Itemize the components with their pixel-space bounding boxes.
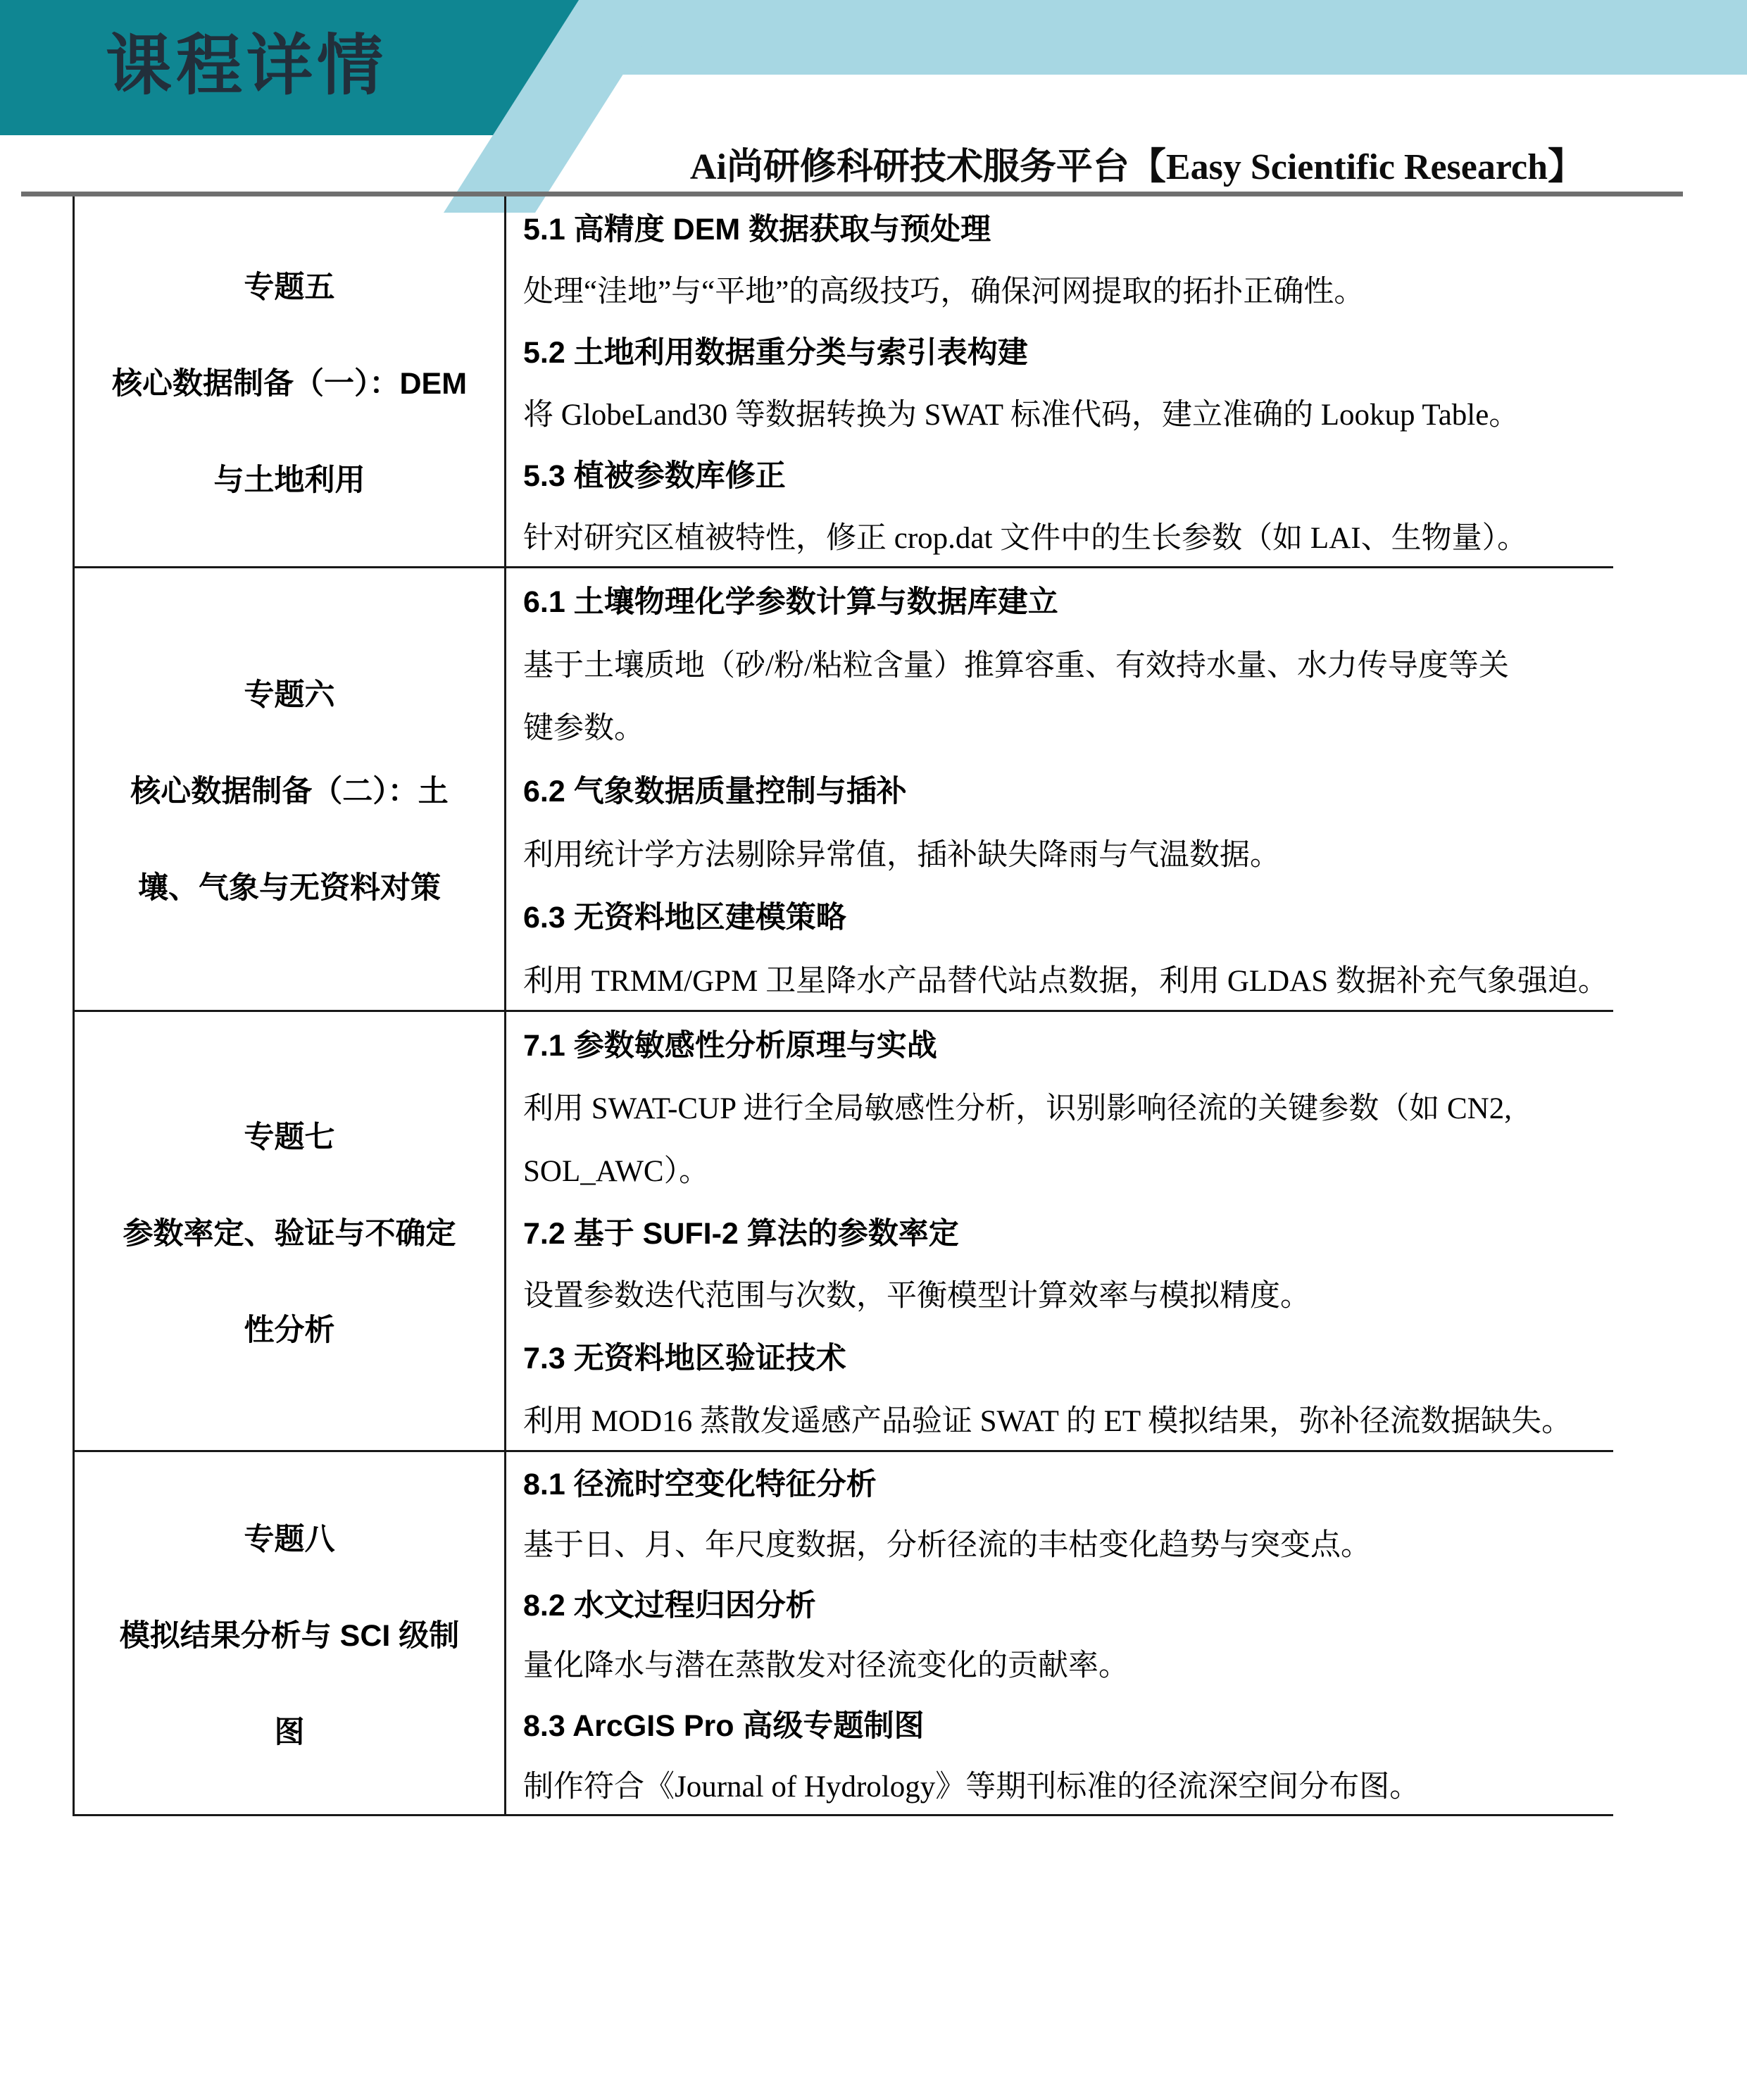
section-detail-line: 量化降水与潜在蒸散发对径流变化的贡献率。 <box>506 1633 1613 1694</box>
content-cell: 6.1 土壤物理化学参数计算与数据库建立基于土壤质地（砂/粉/粘粒含量）推算容重… <box>506 568 1613 1010</box>
section-detail-line: 基于日、月、年尺度数据，分析径流的丰枯变化趋势与突变点。 <box>506 1513 1613 1573</box>
section-detail-line: 处理“洼地”与“平地”的高级技巧，确保河网提取的拓扑正确性。 <box>506 258 1613 320</box>
section-detail-line: 针对研究区植被特性，修正 crop.dat 文件中的生长参数（如 LAI、生物量… <box>506 505 1613 567</box>
section-heading-line: 6.1 土壤物理化学参数计算与数据库建立 <box>506 568 1613 632</box>
table-row: 专题八模拟结果分析与 SCI 级制图8.1 径流时空变化特征分析基于日、月、年尺… <box>75 1452 1613 1816</box>
content-cell: 7.1 参数敏感性分析原理与实战利用 SWAT-CUP 进行全局敏感性分析，识别… <box>506 1012 1613 1450</box>
section-heading-line: 8.1 径流时空变化特征分析 <box>506 1452 1613 1513</box>
topic-cell: 专题七参数率定、验证与不确定性分析 <box>75 1012 506 1450</box>
course-table: 专题五核心数据制备（一）：DEM与土地利用5.1 高精度 DEM 数据获取与预处… <box>73 196 1613 1816</box>
topic-line: 专题五 <box>244 237 335 333</box>
topic-cell: 专题六核心数据制备（二）：土壤、气象与无资料对策 <box>75 568 506 1010</box>
section-detail-line: 利用 MOD16 蒸散发遥感产品验证 SWAT 的 ET 模拟结果，弥补径流数据… <box>506 1387 1613 1450</box>
section-heading-line: 7.1 参数敏感性分析原理与实战 <box>506 1012 1613 1075</box>
platform-title: Ai尚研修科研技术服务平台【Easy Scientific Research】 <box>0 137 1584 189</box>
section-heading-line: 6.2 气象数据质量控制与插补 <box>506 758 1613 821</box>
section-detail-line: 利用 SWAT-CUP 进行全局敏感性分析，识别影响径流的关键参数（如 CN2, <box>506 1075 1613 1137</box>
section-heading-line: 5.1 高精度 DEM 数据获取与预处理 <box>506 196 1613 258</box>
table-row: 专题七参数率定、验证与不确定性分析7.1 参数敏感性分析原理与实战利用 SWAT… <box>75 1012 1613 1452</box>
section-detail-line: 将 GlobeLand30 等数据转换为 SWAT 标准代码，建立准确的 Loo… <box>506 382 1613 444</box>
section-heading-line: 6.3 无资料地区建模策略 <box>506 884 1613 947</box>
topic-line: 性分析 <box>244 1280 335 1376</box>
section-heading-line: 5.2 土地利用数据重分类与索引表构建 <box>506 320 1613 382</box>
section-heading-line: 5.3 植被参数库修正 <box>506 443 1613 505</box>
section-detail-line: 键参数。 <box>506 694 1613 758</box>
content-cell: 8.1 径流时空变化特征分析基于日、月、年尺度数据，分析径流的丰枯变化趋势与突变… <box>506 1452 1613 1814</box>
topic-cell: 专题五核心数据制备（一）：DEM与土地利用 <box>75 196 506 566</box>
topic-line: 图 <box>275 1682 305 1778</box>
topic-line: 专题八 <box>244 1489 335 1585</box>
header-rule <box>21 192 1683 196</box>
topic-line: 专题七 <box>244 1087 335 1183</box>
table-row: 专题六核心数据制备（二）：土壤、气象与无资料对策6.1 土壤物理化学参数计算与数… <box>75 568 1613 1012</box>
section-detail-line: SOL_AWC）。 <box>506 1137 1613 1200</box>
section-heading-line: 8.3 ArcGIS Pro 高级专题制图 <box>506 1694 1613 1754</box>
content-cell: 5.1 高精度 DEM 数据获取与预处理处理“洼地”与“平地”的高级技巧，确保河… <box>506 196 1613 566</box>
topic-line: 壤、气象与无资料对策 <box>138 837 441 934</box>
topic-cell: 专题八模拟结果分析与 SCI 级制图 <box>75 1452 506 1814</box>
section-heading-line: 7.3 无资料地区验证技术 <box>506 1325 1613 1387</box>
topic-line: 核心数据制备（一）：DEM <box>112 333 467 430</box>
topic-line: 参数率定、验证与不确定 <box>123 1183 456 1280</box>
topic-line: 核心数据制备（二）：土 <box>130 741 449 837</box>
section-detail-line: 基于土壤质地（砂/粉/粘粒含量）推算容重、有效持水量、水力传导度等关 <box>506 632 1613 695</box>
section-heading-line: 7.2 基于 SUFI-2 算法的参数率定 <box>506 1200 1613 1263</box>
topic-line: 与土地利用 <box>214 430 365 526</box>
topic-line: 专题六 <box>244 644 335 741</box>
section-detail-line: 制作符合《Journal of Hydrology》等期刊标准的径流深空间分布图… <box>506 1754 1613 1814</box>
course-detail-page: { "banner": { "title": "课程详情" }, "header… <box>0 0 1747 2100</box>
section-detail-line: 利用统计学方法剔除异常值，插补缺失降雨与气温数据。 <box>506 820 1613 884</box>
table-row: 专题五核心数据制备（一）：DEM与土地利用5.1 高精度 DEM 数据获取与预处… <box>75 196 1613 568</box>
section-heading-line: 8.2 水文过程归因分析 <box>506 1573 1613 1633</box>
section-detail-line: 利用 TRMM/GPM 卫星降水产品替代站点数据，利用 GLDAS 数据补充气象… <box>506 946 1613 1010</box>
topic-line: 模拟结果分析与 SCI 级制 <box>120 1585 460 1682</box>
section-detail-line: 设置参数迭代范围与次数，平衡模型计算效率与模拟精度。 <box>506 1262 1613 1325</box>
page-title: 课程详情 <box>106 24 387 107</box>
